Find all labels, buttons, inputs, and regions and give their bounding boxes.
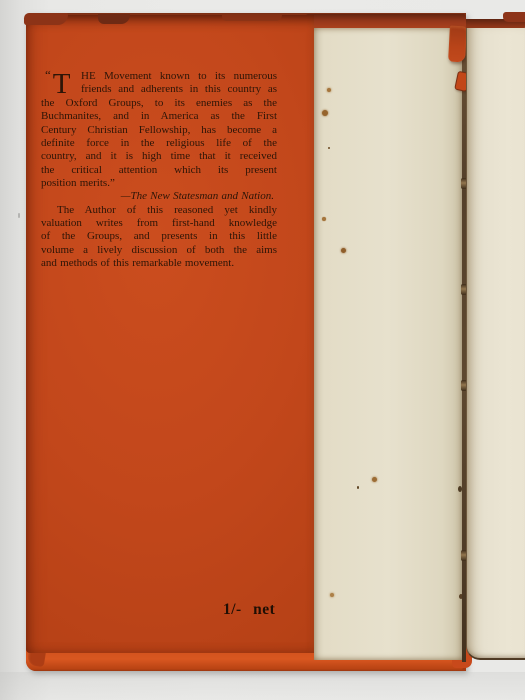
author-line: volume a lively discussion of both the a… — [41, 244, 277, 257]
cover-top-corner-right — [503, 12, 525, 22]
foxing-spot — [330, 593, 334, 597]
foxing-spot — [357, 486, 359, 489]
author-line: The Author of this reasoned yet kindly — [41, 204, 277, 217]
foxing-spot — [327, 88, 331, 92]
review-quote-paragraph: HE Movement known to its numerous friend… — [41, 70, 277, 203]
foxing-spot — [322, 110, 328, 116]
author-line: of the Groups, and presents in this litt… — [41, 230, 277, 243]
blurb-line: the Oxford Groups, to its enemies as the — [41, 97, 277, 110]
attribution-line: —The New Statesman and Nation. — [41, 191, 277, 203]
author-line: and methods of this remarkable movement. — [41, 257, 277, 270]
blurb-line: definite force in the religious life of … — [41, 137, 277, 150]
blurb-line: friends and adherents in this country as — [41, 83, 277, 96]
author-line: valuation writes from first-hand knowled… — [41, 217, 277, 230]
price-label: 1/- net — [223, 601, 275, 619]
blurb-line: country, and it is high time that it rec… — [41, 150, 277, 163]
torn-jacket-fragment — [448, 26, 467, 63]
drop-cap: “T — [45, 68, 71, 97]
opening-quote-mark: “ — [45, 67, 53, 82]
foxing-spot — [341, 248, 346, 253]
foxing-spot — [328, 147, 330, 149]
dust-jacket-front-flap: “T HE Movement known to its numerous fri… — [26, 15, 314, 653]
worn-edge-notch — [98, 14, 130, 24]
foxing-spot — [372, 477, 377, 482]
book-page-right — [466, 28, 525, 660]
flap-blurb-text: “T HE Movement known to its numerous fri… — [41, 70, 277, 271]
blurb-line: position merits.” — [41, 177, 277, 190]
book-page-left — [314, 28, 463, 660]
background-speck — [18, 213, 20, 218]
blurb-line: the critical attention which its present — [41, 164, 277, 177]
blurb-line: HE Movement known to its numerous — [41, 70, 277, 83]
photo-of-open-book: “T HE Movement known to its numerous fri… — [0, 0, 525, 700]
blurb-line: Century Christian Fellowship, has become… — [41, 124, 277, 137]
worn-edge-notch — [24, 13, 68, 25]
author-note-paragraph: The Author of this reasoned yet kindly v… — [41, 204, 277, 271]
blurb-line: Buchmanites, and in America as the First — [41, 110, 277, 123]
foxing-spot — [322, 217, 326, 221]
drop-cap-letter: T — [53, 68, 71, 100]
worn-edge-notch — [222, 15, 282, 21]
